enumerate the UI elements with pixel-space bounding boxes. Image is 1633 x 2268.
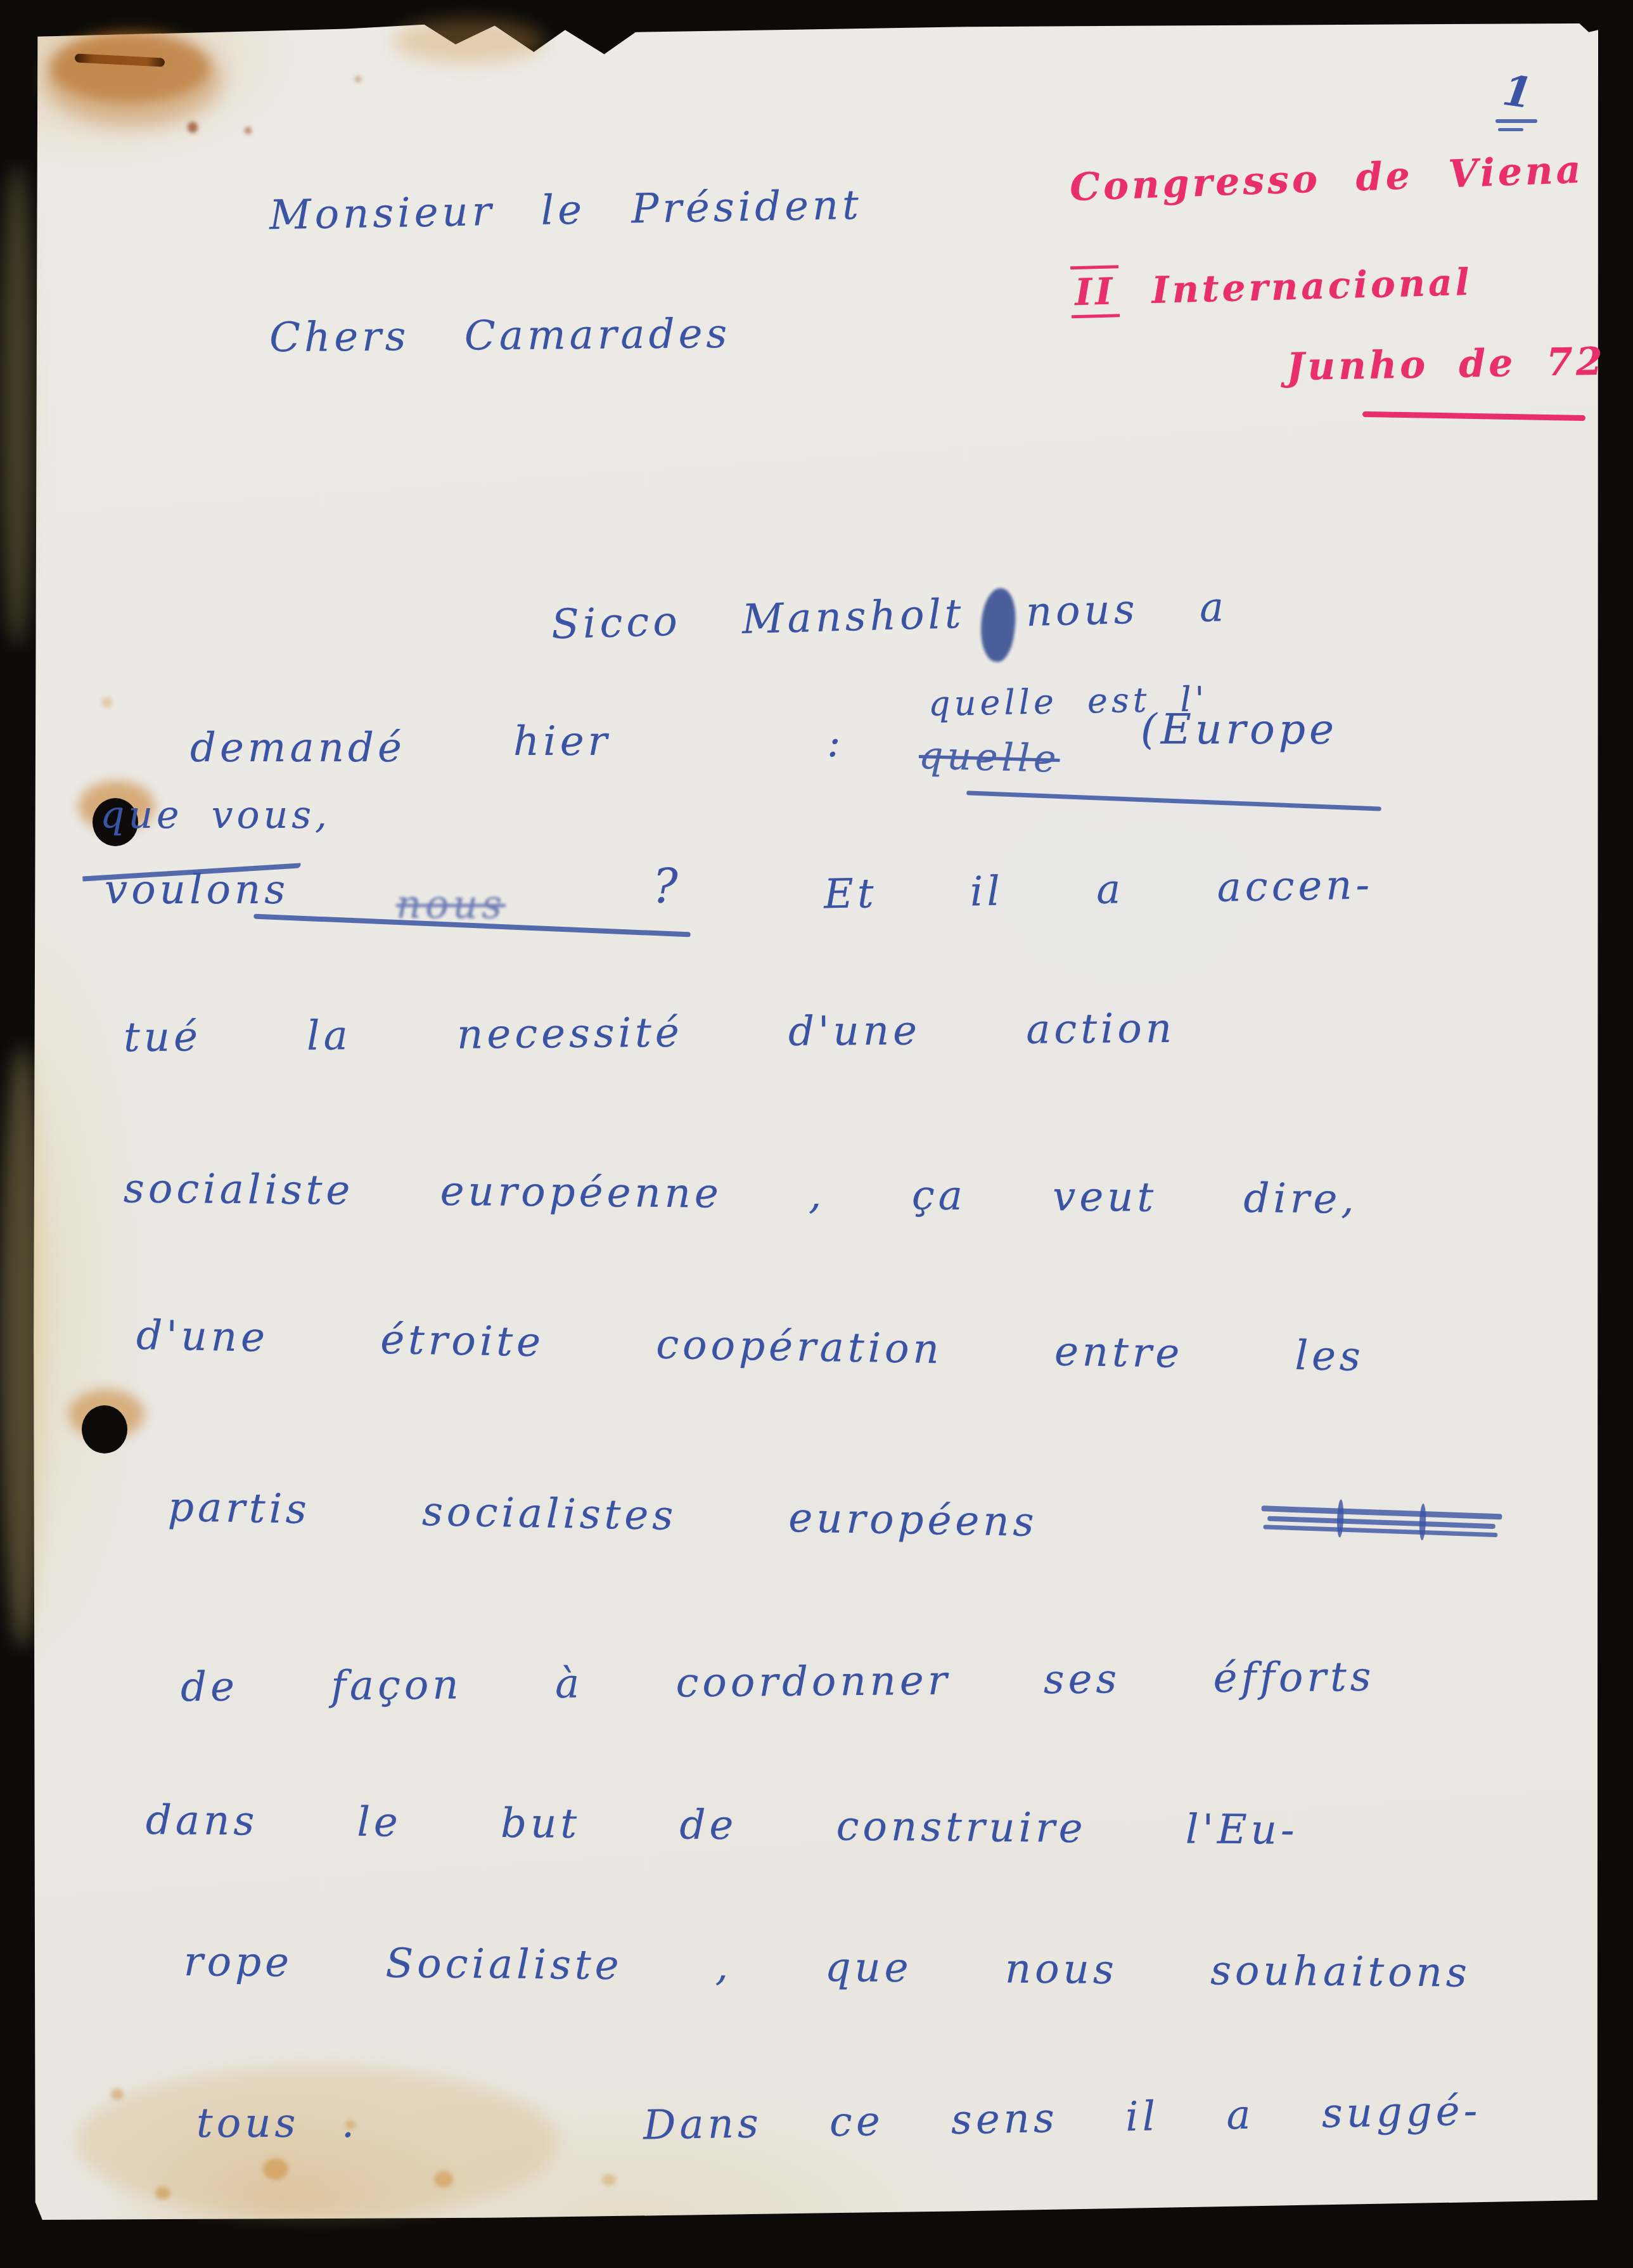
word-europe: (Europe — [1141, 709, 1338, 751]
salutation-line-1: Monsieur le Président — [269, 185, 863, 236]
stain — [393, 19, 545, 63]
foxing-spot — [111, 2089, 124, 2100]
foxing-spot — [263, 2158, 288, 2180]
foxing-spot — [602, 2174, 616, 2186]
foxing-spot — [101, 697, 113, 707]
line-et-il-a-accen: Et il a accen- — [824, 865, 1374, 915]
question-mark: ? — [653, 863, 682, 910]
manuscript-line-4: tué la necessité d'une action — [124, 1008, 1176, 1058]
page-number-underline — [1498, 128, 1523, 131]
stain — [0, 1046, 44, 1648]
page-number-underline — [1495, 119, 1537, 123]
word-voulons: voulons — [105, 870, 289, 910]
manuscript-line-9: dans le but de construire l'Eu- — [146, 1800, 1298, 1851]
manuscript-line-8: de façon à coordonner ses éfforts — [181, 1657, 1375, 1708]
word-demande: demandé — [190, 728, 406, 768]
staple-rust-stain — [51, 33, 209, 103]
page-number: 1 — [1501, 69, 1539, 115]
word-hier: hier — [513, 721, 611, 762]
struck-word-nous: nous — [396, 885, 506, 924]
rust-dot — [188, 122, 198, 133]
rust-dot — [355, 76, 361, 82]
margin-insertion: que vous, — [100, 796, 331, 834]
stain — [0, 165, 35, 647]
roman-numeral-ii: II — [1070, 265, 1120, 318]
struck-word-quelle: quelle — [918, 737, 1060, 778]
manuscript-line-5: socialiste européenne , ça veut dire, — [124, 1169, 1358, 1220]
pink-note-line2: II Internacional — [1070, 264, 1473, 311]
scanned-manuscript-page: 1 Congresso de Viena II Internacional Ju… — [0, 0, 1633, 2268]
manuscript-line-11-start: tous . — [196, 2103, 358, 2144]
foxing-spot — [155, 2187, 170, 2200]
rust-dot — [245, 127, 252, 134]
punch-hole-lower — [82, 1405, 127, 1453]
salutation-line-2: Chers Camarades — [269, 314, 731, 358]
pink-note-line3: Junho de 72 — [1286, 343, 1606, 387]
manuscript-line-10: rope Socialiste , que nous souhaitons — [184, 1942, 1471, 1994]
colon: : — [827, 723, 845, 763]
pink-note-line2-text: Internacional — [1151, 261, 1473, 312]
foxing-spot — [434, 2171, 453, 2187]
struck-out-word-scribble — [1260, 1497, 1509, 1546]
